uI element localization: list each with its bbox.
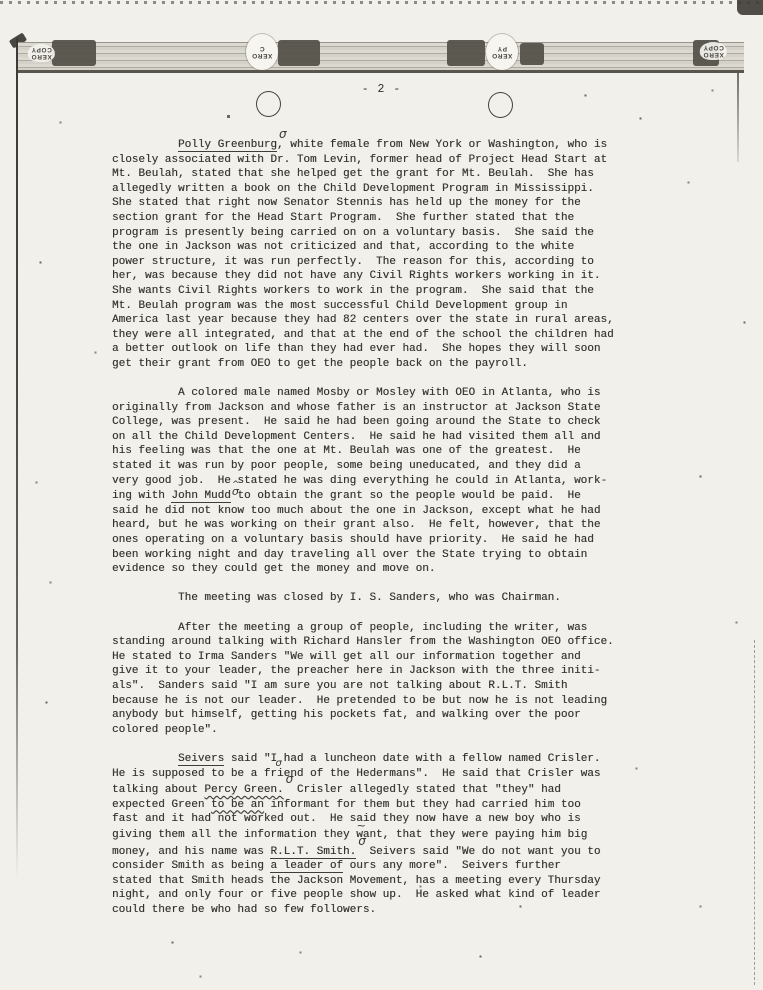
scan-right-dashed-line: [754, 640, 755, 985]
stamp-word: C: [246, 45, 278, 52]
paragraph: Seivers said "I had a luncheon date with…: [112, 752, 684, 918]
xero-copy-stamp: XERO COPY: [28, 44, 55, 62]
stamp-word: COPY: [703, 44, 724, 51]
underlined-phrase: Percy Green.: [204, 784, 283, 796]
text-run: A colored male named Mosby or Mosley wit…: [112, 387, 600, 487]
stamp-word: XERO: [31, 53, 52, 60]
stamp-word: COPY: [31, 46, 52, 53]
text-run: [112, 753, 178, 765]
scan-top-edge: [0, 1, 763, 4]
scan-corner-blob: [737, 0, 763, 15]
xero-copy-stamp: XERO PY: [486, 34, 518, 70]
text-run: After the meeting a group of people, inc…: [112, 622, 614, 736]
stamp-word: XERO: [486, 52, 518, 59]
scan-noise: [0, 0, 1, 1]
xerox-band: [18, 42, 744, 73]
document-body: Polly Greenburgσ, white female from New …: [112, 136, 684, 932]
paragraph: Polly Greenburgσ, white female from New …: [112, 136, 684, 372]
xero-copy-stamp: XERO COPY: [700, 42, 727, 60]
text-run: The meeting was closed by I. S. Sanders,…: [112, 592, 561, 604]
paragraph: After the meeting a group of people, inc…: [112, 621, 684, 738]
page-number: - 2 -: [0, 83, 763, 96]
underlined-phrase: Seivers: [178, 753, 224, 766]
xerox-band-blob: [52, 40, 96, 66]
xerox-band-blob: [447, 40, 485, 66]
underlined-phrase: to be an: [211, 799, 264, 811]
text-run: [112, 139, 178, 151]
scan-left-edge-line: [16, 38, 18, 880]
paragraph: A colored male named Mosby or Mosley wit…: [112, 386, 684, 577]
underlined-phrase: R.L.T. Smith.: [270, 846, 356, 859]
stamp-word: XERO: [703, 51, 724, 58]
stamp-word: XERO: [246, 52, 278, 59]
underlined-phrase: Polly Greenburg: [178, 139, 277, 152]
text-run: , white female from New York or Washingt…: [112, 139, 614, 370]
underlined-phrase: John Mudd: [171, 490, 230, 503]
xerox-band-blob: [278, 40, 320, 66]
xerox-band-blob: [520, 43, 544, 65]
xero-copy-stamp: XERO C: [246, 34, 278, 70]
stamp-word: PY: [486, 45, 518, 52]
paragraph: The meeting was closed by I. S. Sanders,…: [112, 591, 684, 606]
underlined-phrase: a leader of: [270, 860, 343, 873]
scanned-page: XERO COPY XERO C XERO PY XERO COPY - 2 -…: [0, 0, 763, 990]
